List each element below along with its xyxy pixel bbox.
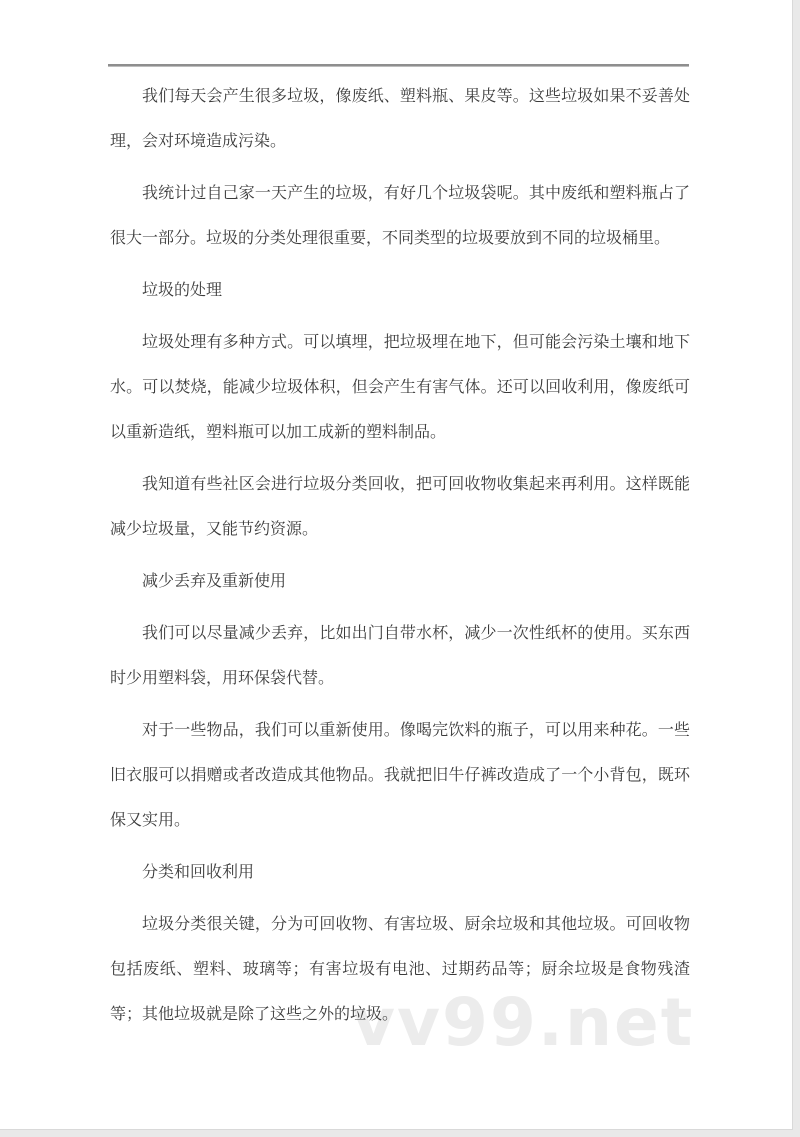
section-heading: 减少丢弃及重新使用 [110, 558, 690, 603]
document-body: 我们每天会产生很多垃圾，像废纸、塑料瓶、果皮等。这些垃圾如果不妥善处理，会对环境… [110, 73, 690, 1043]
paragraph: 我统计过自己家一天产生的垃圾，有好几个垃圾袋呢。其中废纸和塑料瓶占了很大一部分。… [110, 170, 690, 260]
paragraph: 我知道有些社区会进行垃圾分类回收，把可回收物收集起来再利用。这样既能减少垃圾量，… [110, 461, 690, 551]
paragraph: 我们可以尽量减少丢弃，比如出门自带水杯，减少一次性纸杯的使用。买东西时少用塑料袋… [110, 610, 690, 700]
section-heading: 分类和回收利用 [110, 849, 690, 894]
paragraph: 垃圾处理有多种方式。可以填埋，把垃圾埋在地下，但可能会污染土壤和地下水。可以焚烧… [110, 319, 690, 454]
paragraph: 对于一些物品，我们可以重新使用。像喝完饮料的瓶子，可以用来种花。一些旧衣服可以捐… [110, 707, 690, 842]
header-rule [108, 64, 689, 67]
section-heading: 垃圾的处理 [110, 267, 690, 312]
paragraph: 我们每天会产生很多垃圾，像废纸、塑料瓶、果皮等。这些垃圾如果不妥善处理，会对环境… [110, 73, 690, 163]
paragraph: 垃圾分类很关键，分为可回收物、有害垃圾、厨余垃圾和其他垃圾。可回收物包括废纸、塑… [110, 901, 690, 1036]
document-page: vv99.net 我们每天会产生很多垃圾，像废纸、塑料瓶、果皮等。这些垃圾如果不… [0, 0, 793, 1130]
document-viewport: vv99.net 我们每天会产生很多垃圾，像废纸、塑料瓶、果皮等。这些垃圾如果不… [0, 0, 800, 1137]
